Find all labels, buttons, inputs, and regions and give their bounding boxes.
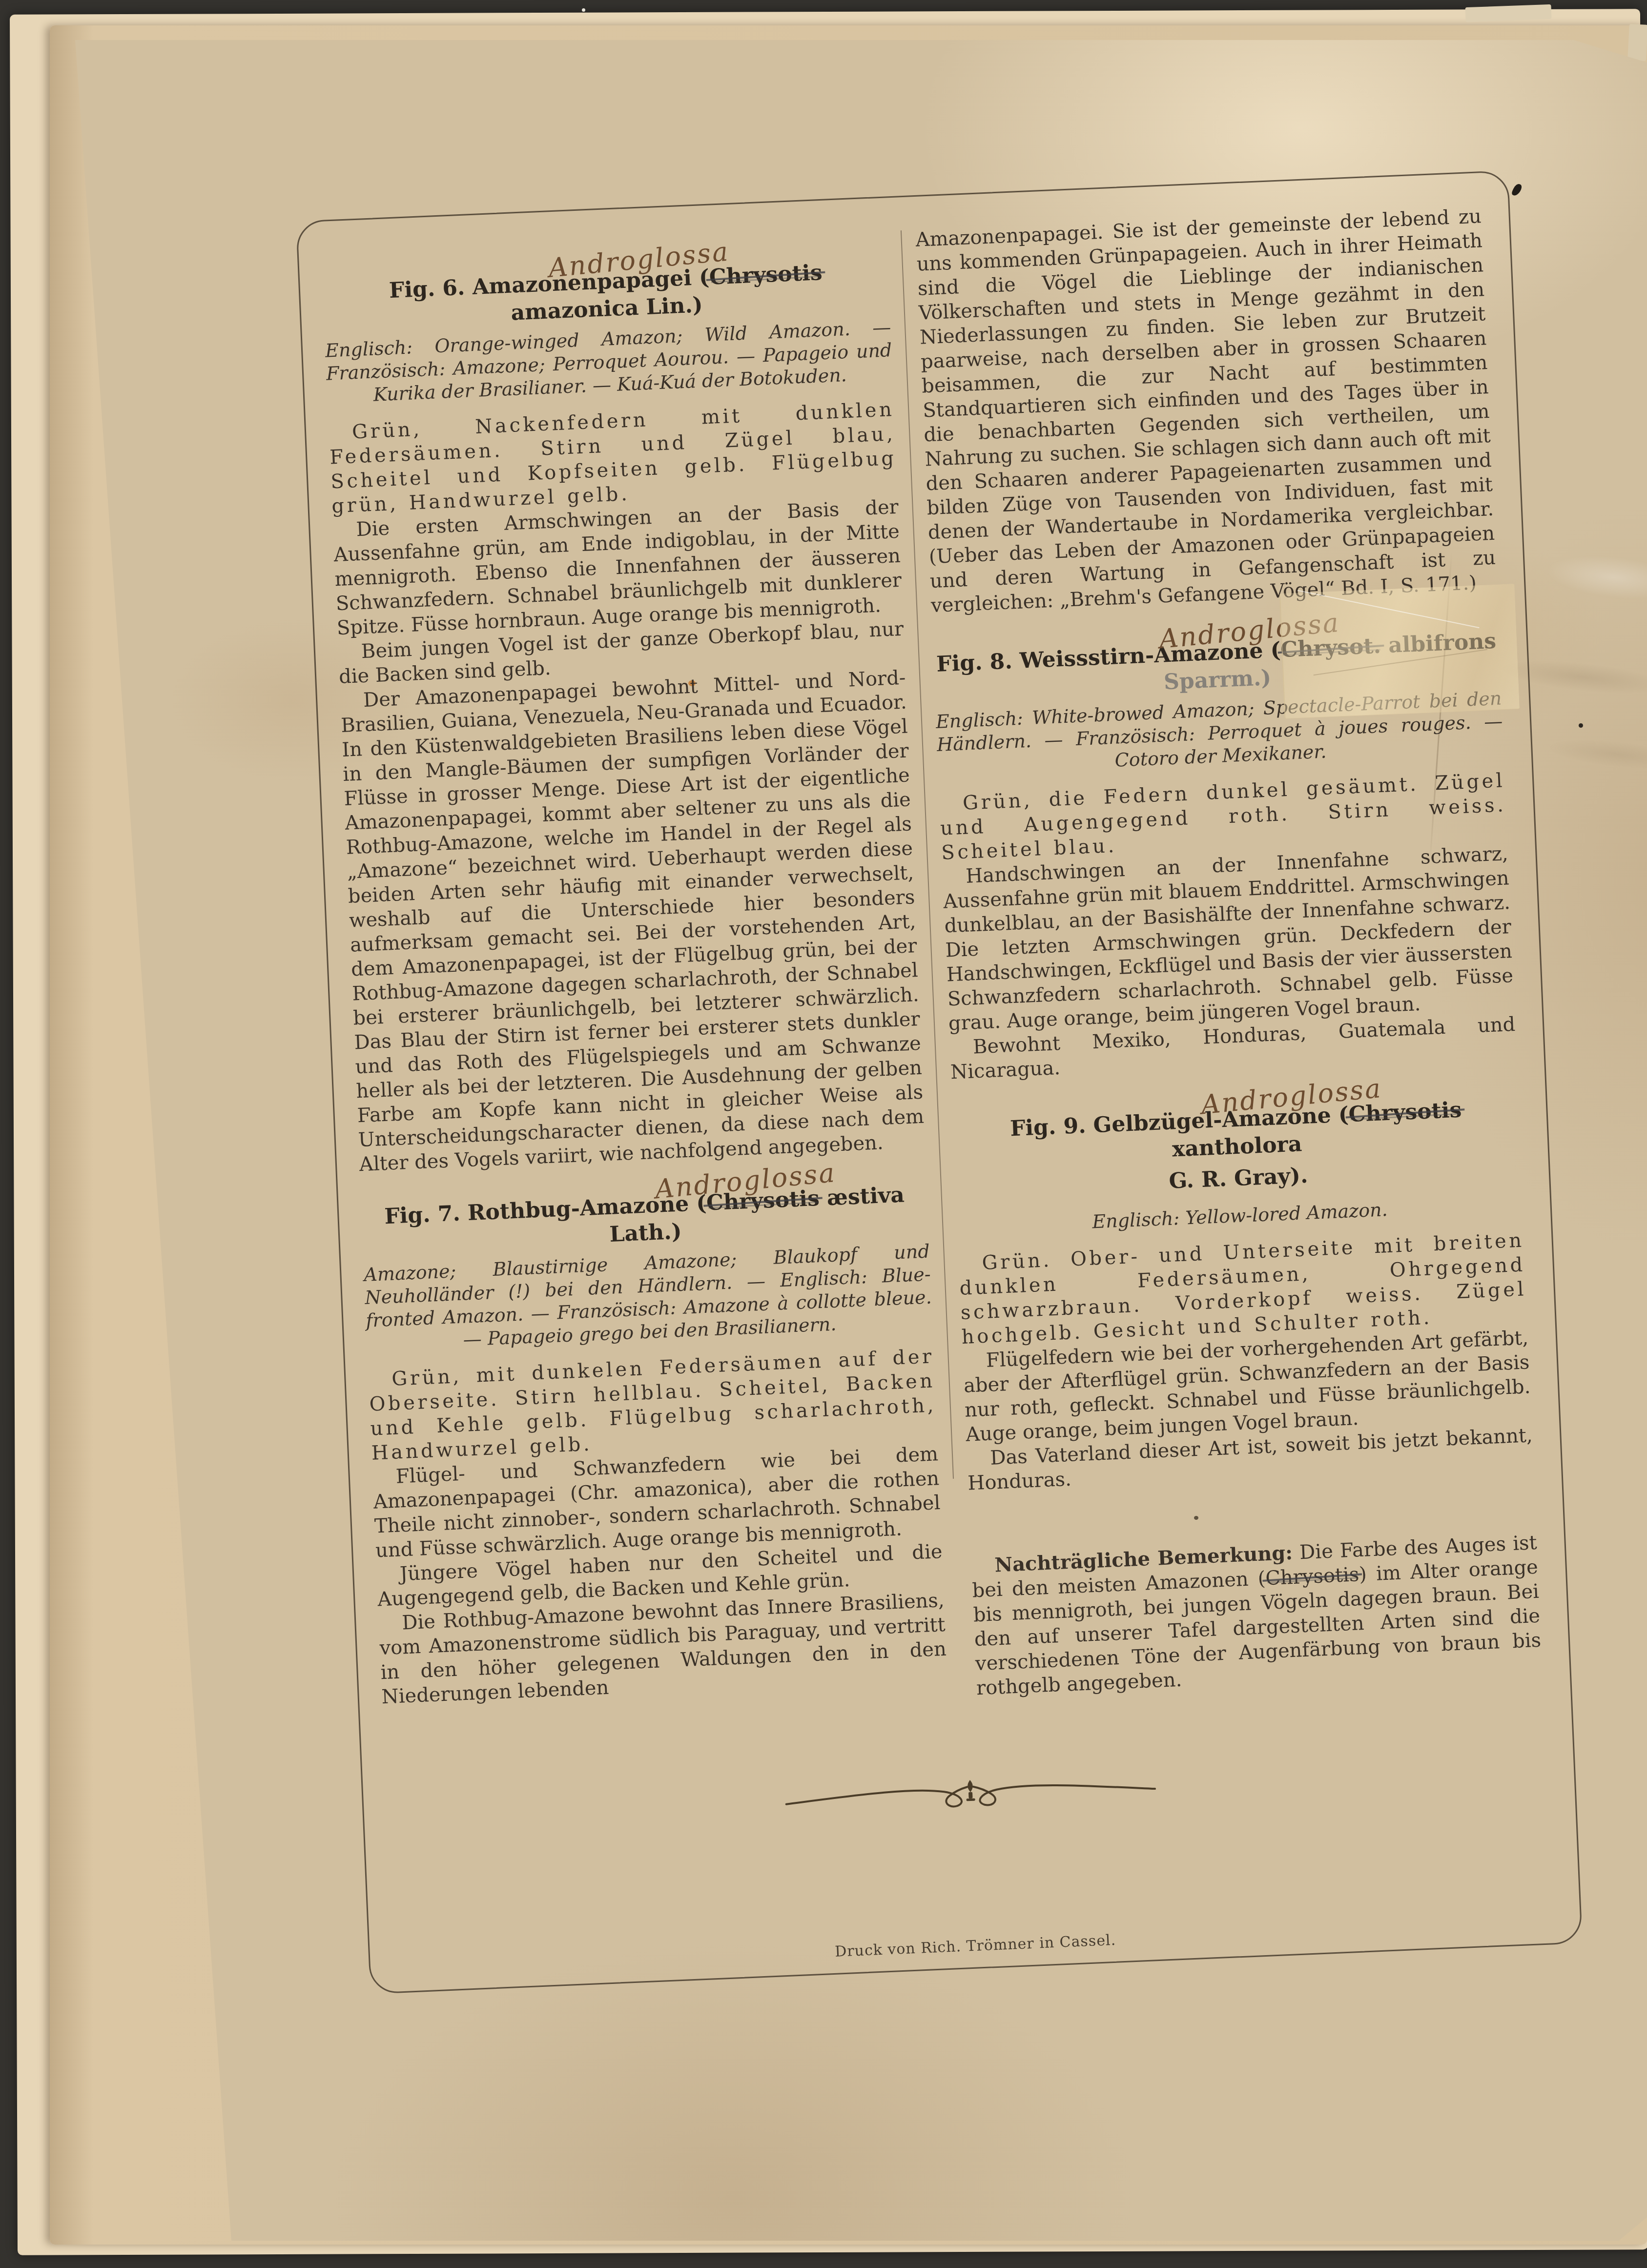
dust-speck — [582, 8, 585, 12]
scanned-book-page: Androglossa Fig. 6. Amazonenpapagei (Chr… — [0, 0, 1647, 2268]
flourish-divider-icon — [780, 1766, 1162, 1823]
fig8-paragraph: Handschwingen an der Innenfahne schwarz,… — [942, 841, 1515, 1036]
right-column: Amazonenpapagei. Sie ist der gemeinste d… — [915, 204, 1543, 1700]
fig6-heading-species: amazonica Lin.) — [511, 292, 703, 325]
page-corner-sliver — [1465, 4, 1552, 22]
fig8-heading-author: Sparrm.) — [1163, 665, 1272, 695]
fig8-heading-species: albifrons — [1380, 629, 1497, 658]
fig9-heading-species: xantholora — [1172, 1131, 1302, 1162]
page-frame-border: Androglossa Fig. 6. Amazonenpapagei (Chr… — [296, 170, 1583, 1994]
printer-imprint: Druck von Rich. Trömner in Cassel. — [371, 1912, 1581, 1980]
remark-paragraph: Nachträgliche Bemerkung: Die Farbe des A… — [971, 1531, 1543, 1700]
remark-genus-strikethrough: Chrysotis — [1265, 1563, 1359, 1590]
ink-blot — [1511, 183, 1523, 197]
fig7-synonyms: Amazone; Blaustirnige Amazone; Blaukopf … — [364, 1240, 933, 1355]
page-paper: Androglossa Fig. 6. Amazonenpapagei (Chr… — [72, 40, 1647, 2241]
fig6-paragraph: Der Amazonenpapagei bewohnt Mittel- und … — [339, 666, 926, 1177]
left-column: Androglossa Fig. 6. Amazonenpapagei (Chr… — [321, 229, 948, 1709]
page-content: Androglossa Fig. 6. Amazonenpapagei (Chr… — [297, 172, 1581, 1993]
page-edge-sliver — [1627, 24, 1647, 61]
fig6-paragraph: Die ersten Armschwingen an der Basis der… — [332, 495, 903, 640]
supplementary-remark: Nachträgliche Bemerkung: Die Farbe des A… — [971, 1531, 1543, 1700]
continuation-paragraph: Amazonenpapagei. Sie ist der gemeinste d… — [915, 204, 1497, 618]
